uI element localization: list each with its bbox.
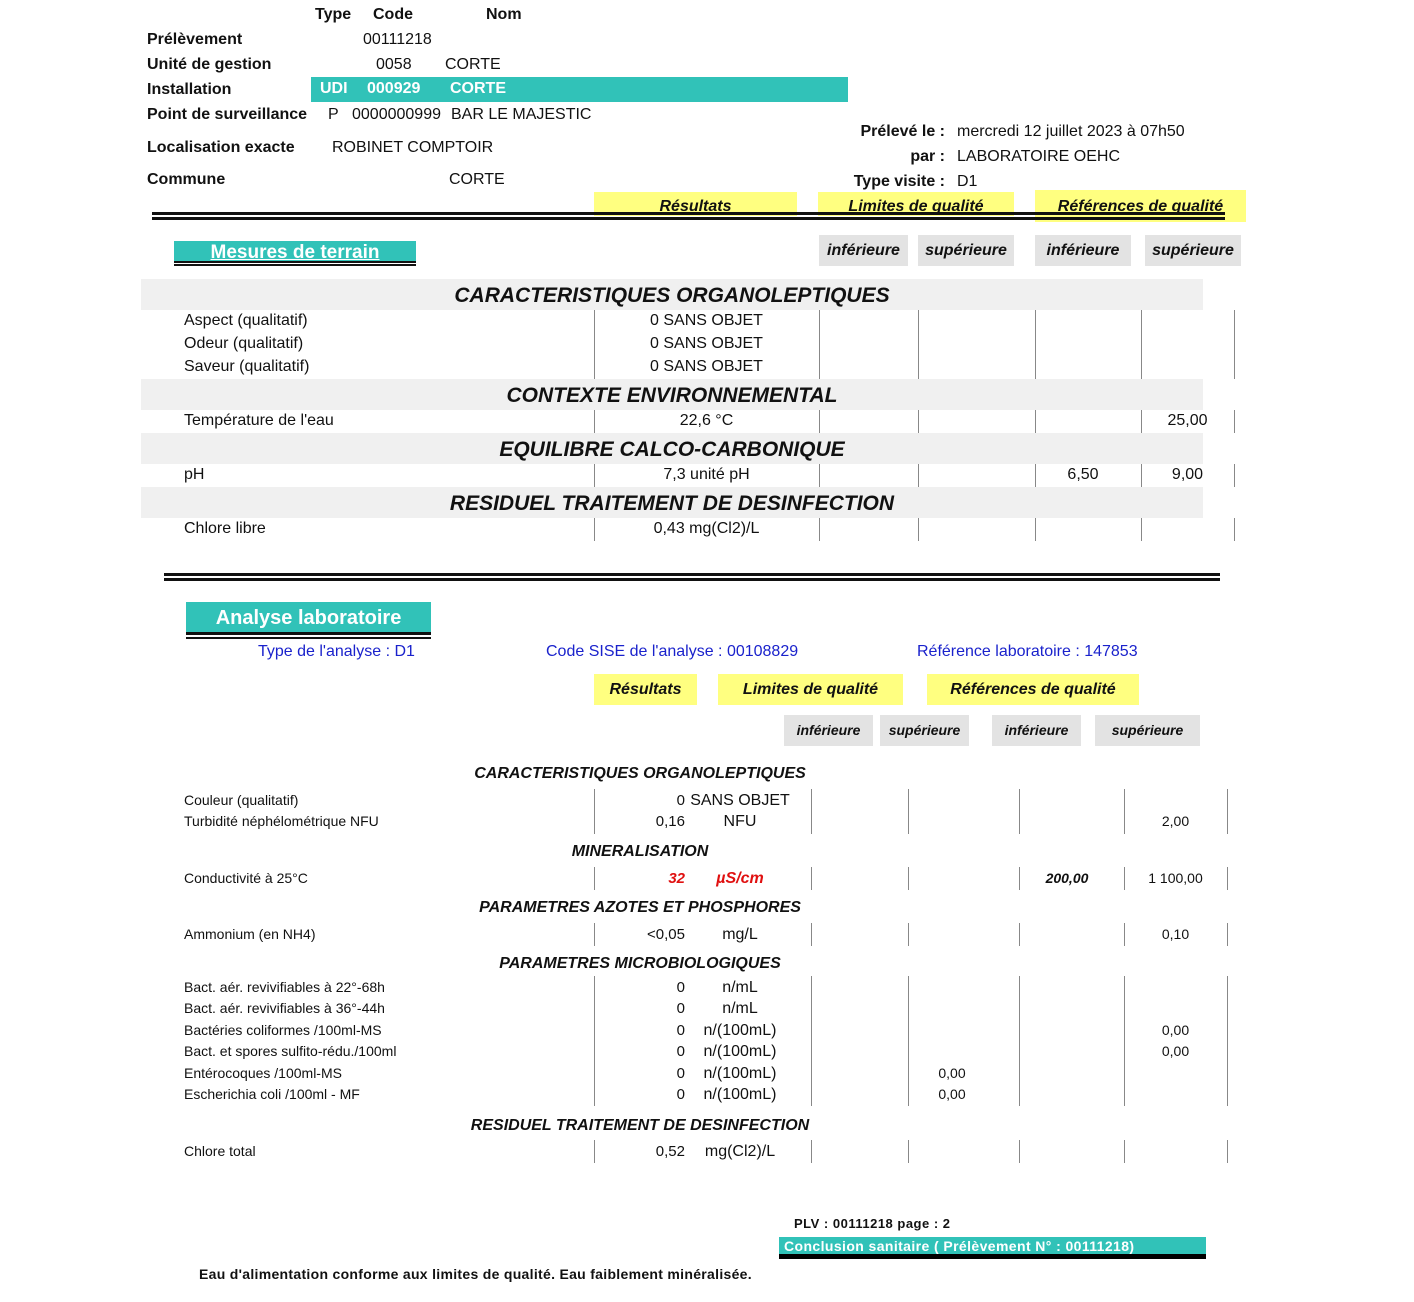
parameter-name: Saveur (qualitatif) — [184, 358, 309, 376]
column-rule — [1035, 410, 1036, 433]
terrain-ref-sup-header: supérieure — [1145, 235, 1241, 266]
reference-upper: 0,00 — [1124, 1043, 1227, 1059]
column-rule — [1124, 976, 1125, 1106]
installation-nom: CORTE — [450, 80, 506, 98]
column-rule — [1227, 1140, 1228, 1163]
column-rule — [918, 310, 919, 379]
section-header: CARACTERISTIQUES ORGANOLEPTIQUES — [440, 765, 840, 783]
column-rule — [1019, 923, 1020, 946]
installation-type: UDI — [320, 80, 348, 98]
column-rule — [1019, 789, 1020, 834]
column-rule — [1124, 789, 1125, 834]
parameter-name: Bactéries coliformes /100ml-MS — [184, 1022, 382, 1038]
column-rule — [1124, 1140, 1125, 1163]
column-rule — [918, 464, 919, 487]
column-rule — [1141, 464, 1142, 487]
conclusion-title: Conclusion sanitaire ( Prélèvement N° : … — [784, 1238, 1134, 1254]
labo-ref-sup-header: supérieure — [1095, 715, 1200, 746]
section-header: EQUILIBRE CALCO-CARBONIQUE — [141, 433, 1203, 464]
result-unit: NFU — [690, 813, 790, 831]
result-unit: SANS OBJET — [690, 792, 790, 810]
col-nom-header: Nom — [486, 6, 522, 24]
result-unit: mg/L — [690, 926, 790, 944]
parameter-name: Turbidité néphélométrique NFU — [184, 813, 379, 829]
unite-gestion-label: Unité de gestion — [147, 56, 271, 74]
column-rule — [594, 1140, 595, 1163]
result-value: 0 — [594, 1043, 685, 1060]
terrain-title-bar: Mesures de terrain — [174, 241, 416, 261]
column-rule — [908, 976, 909, 1106]
terrain-lim-sup-header: supérieure — [918, 235, 1014, 266]
header-divider — [152, 212, 1225, 220]
labo-resultats-header: Résultats — [594, 674, 697, 705]
reference-upper: 25,00 — [1141, 412, 1234, 430]
column-rule — [594, 789, 595, 834]
terrain-lim-inf-header: inférieure — [819, 235, 908, 266]
result-value: 0 — [594, 792, 685, 809]
parameter-name: Ammonium (en NH4) — [184, 926, 315, 942]
labo-lim-inf-header: inférieure — [784, 715, 873, 746]
result-value: 0 — [594, 1000, 685, 1017]
column-rule — [908, 1140, 909, 1163]
parameter-name: Couleur (qualitatif) — [184, 792, 298, 808]
column-rule — [594, 410, 595, 433]
laboratoire-title-bar: Analyse laboratoire — [186, 602, 431, 632]
par-value: LABORATOIRE OEHC — [957, 148, 1120, 166]
type-visite-label: Type visite : — [795, 173, 945, 191]
result-value: 0 SANS OBJET — [594, 312, 819, 330]
result-unit: µS/cm — [690, 870, 790, 888]
result-value: 0 SANS OBJET — [594, 358, 819, 376]
point-surveillance-nom: BAR LE MAJESTIC — [451, 106, 591, 124]
result-unit: n/(100mL) — [690, 1022, 790, 1040]
column-rule — [908, 789, 909, 834]
column-rule — [1141, 518, 1142, 541]
parameter-name: Chlore libre — [184, 520, 266, 538]
point-surveillance-label: Point de surveillance — [147, 106, 307, 124]
type-analyse: Type de l'analyse : D1 — [258, 643, 415, 661]
column-rule — [1019, 1140, 1020, 1163]
reference-lower: 200,00 — [1019, 870, 1115, 886]
col-code-header: Code — [373, 6, 413, 24]
reference-upper: 0,10 — [1124, 926, 1227, 942]
preleve-le-value: mercredi 12 juillet 2023 à 07h50 — [957, 123, 1185, 141]
result-value: 0,16 — [594, 813, 685, 830]
column-rule — [1019, 976, 1020, 1106]
conclusion-title-bar: Conclusion sanitaire ( Prélèvement N° : … — [779, 1237, 1206, 1254]
result-value: 0,43 mg(Cl2)/L — [594, 520, 819, 538]
parameter-name: Bact. et spores sulfito-rédu./100ml — [184, 1043, 396, 1059]
column-rule — [908, 867, 909, 890]
commune-label: Commune — [147, 171, 225, 189]
column-rule — [1124, 867, 1125, 890]
column-rule — [1227, 789, 1228, 834]
prelevement-label: Prélèvement — [147, 31, 242, 49]
column-rule — [811, 976, 812, 1106]
column-rule — [819, 310, 820, 379]
limit-upper: 0,00 — [908, 1065, 996, 1081]
result-unit: n/(100mL) — [690, 1086, 790, 1104]
par-label: par : — [795, 148, 945, 166]
result-value: 32 — [594, 870, 685, 887]
terrain-divider — [164, 573, 1220, 581]
result-value: 7,3 unité pH — [594, 466, 819, 484]
labo-references-header: Références de qualité — [927, 674, 1139, 705]
section-header: CONTEXTE ENVIRONNEMENTAL — [141, 379, 1203, 410]
installation-highlight-bar: UDI 000929 CORTE — [311, 77, 848, 102]
column-rule — [594, 867, 595, 890]
column-rule — [819, 464, 820, 487]
column-rule — [811, 867, 812, 890]
section-header: RESIDUEL TRAITEMENT DE DESINFECTION — [440, 1117, 840, 1135]
reference-lower: 6,50 — [1035, 466, 1131, 484]
parameter-name: Bact. aér. revivifiables à 36°-44h — [184, 1000, 385, 1016]
terrain-ref-inf-header: inférieure — [1035, 235, 1131, 266]
labo-lim-sup-header: supérieure — [880, 715, 969, 746]
conclusion-underline — [779, 1254, 1206, 1259]
column-rule — [1234, 518, 1235, 541]
reference-upper: 2,00 — [1124, 813, 1227, 829]
column-rule — [1234, 464, 1235, 487]
unite-gestion-code: 0058 — [376, 56, 412, 74]
section-header: PARAMETRES AZOTES ET PHOSPHORES — [440, 899, 840, 917]
reference-upper: 1 100,00 — [1124, 870, 1227, 886]
commune-value: CORTE — [449, 171, 505, 189]
column-rule — [811, 923, 812, 946]
column-rule — [594, 976, 595, 1106]
localisation-value: ROBINET COMPTOIR — [332, 139, 493, 157]
parameter-name: Bact. aér. revivifiables à 22°-68h — [184, 979, 385, 995]
point-surveillance-code: 0000000999 — [352, 106, 441, 124]
type-visite-value: D1 — [957, 173, 977, 191]
result-value: 0 — [594, 1065, 685, 1082]
column-rule — [1019, 867, 1020, 890]
column-rule — [1234, 410, 1235, 433]
section-header: RESIDUEL TRAITEMENT DE DESINFECTION — [141, 487, 1203, 518]
reference-upper: 9,00 — [1141, 466, 1234, 484]
unite-gestion-nom: CORTE — [445, 56, 501, 74]
labo-ref-inf-header: inférieure — [992, 715, 1081, 746]
terrain-title-underline — [174, 261, 416, 266]
column-rule — [594, 310, 595, 379]
prelevement-code: 00111218 — [363, 31, 432, 49]
column-rule — [1141, 310, 1142, 379]
result-unit: mg(Cl2)/L — [690, 1143, 790, 1161]
laboratoire-title-underline — [186, 632, 431, 639]
result-unit: n/(100mL) — [690, 1065, 790, 1083]
result-value: 0 SANS OBJET — [594, 335, 819, 353]
parameter-name: Chlore total — [184, 1143, 256, 1159]
column-rule — [918, 518, 919, 541]
column-rule — [1124, 923, 1125, 946]
col-type-header: Type — [315, 6, 351, 24]
column-rule — [1141, 410, 1142, 433]
column-rule — [1035, 518, 1036, 541]
parameter-name: Odeur (qualitatif) — [184, 335, 303, 353]
result-value: 0 — [594, 1022, 685, 1039]
limit-upper: 0,00 — [908, 1086, 996, 1102]
result-value: 0,52 — [594, 1143, 685, 1160]
parameter-name: Température de l'eau — [184, 412, 334, 430]
preleve-le-label: Prélevé le : — [795, 123, 945, 141]
column-rule — [908, 923, 909, 946]
result-unit: n/(100mL) — [690, 1043, 790, 1061]
plv-page-info: PLV : 00111218 page : 2 — [794, 1216, 951, 1231]
column-rule — [819, 518, 820, 541]
installation-code: 000929 — [367, 80, 420, 98]
section-header: CARACTERISTIQUES ORGANOLEPTIQUES — [141, 279, 1203, 310]
result-value: 0 — [594, 1086, 685, 1103]
column-rule — [1227, 867, 1228, 890]
laboratoire-title: Analyse laboratoire — [186, 607, 431, 630]
conclusion-text: Eau d'alimentation conforme aux limites … — [199, 1266, 752, 1282]
column-rule — [1234, 310, 1235, 379]
column-rule — [1035, 310, 1036, 379]
section-header: MINERALISATION — [440, 843, 840, 861]
code-sise: Code SISE de l'analyse : 00108829 — [546, 643, 798, 661]
section-header: PARAMETRES MICROBIOLOGIQUES — [440, 955, 840, 973]
parameter-name: Conductivité à 25°C — [184, 870, 308, 886]
reference-laboratoire: Référence laboratoire : 147853 — [917, 643, 1138, 661]
column-rule — [594, 923, 595, 946]
result-value: 0 — [594, 979, 685, 996]
point-surveillance-type: P — [328, 106, 339, 124]
labo-limites-header: Limites de qualité — [718, 674, 903, 705]
column-rule — [1227, 976, 1228, 1106]
result-unit: n/mL — [690, 979, 790, 997]
localisation-label: Localisation exacte — [147, 139, 295, 157]
installation-label: Installation — [147, 81, 231, 99]
parameter-name: pH — [184, 466, 204, 484]
column-rule — [1227, 923, 1228, 946]
parameter-name: Escherichia coli /100ml - MF — [184, 1086, 360, 1102]
column-rule — [819, 410, 820, 433]
parameter-name: Aspect (qualitatif) — [184, 312, 308, 330]
column-rule — [1035, 464, 1036, 487]
result-value: 22,6 °C — [594, 412, 819, 430]
parameter-name: Entérocoques /100ml-MS — [184, 1065, 342, 1081]
column-rule — [594, 464, 595, 487]
column-rule — [594, 518, 595, 541]
result-value: <0,05 — [594, 926, 685, 943]
column-rule — [811, 789, 812, 834]
column-rule — [918, 410, 919, 433]
result-unit: n/mL — [690, 1000, 790, 1018]
column-rule — [811, 1140, 812, 1163]
reference-upper: 0,00 — [1124, 1022, 1227, 1038]
